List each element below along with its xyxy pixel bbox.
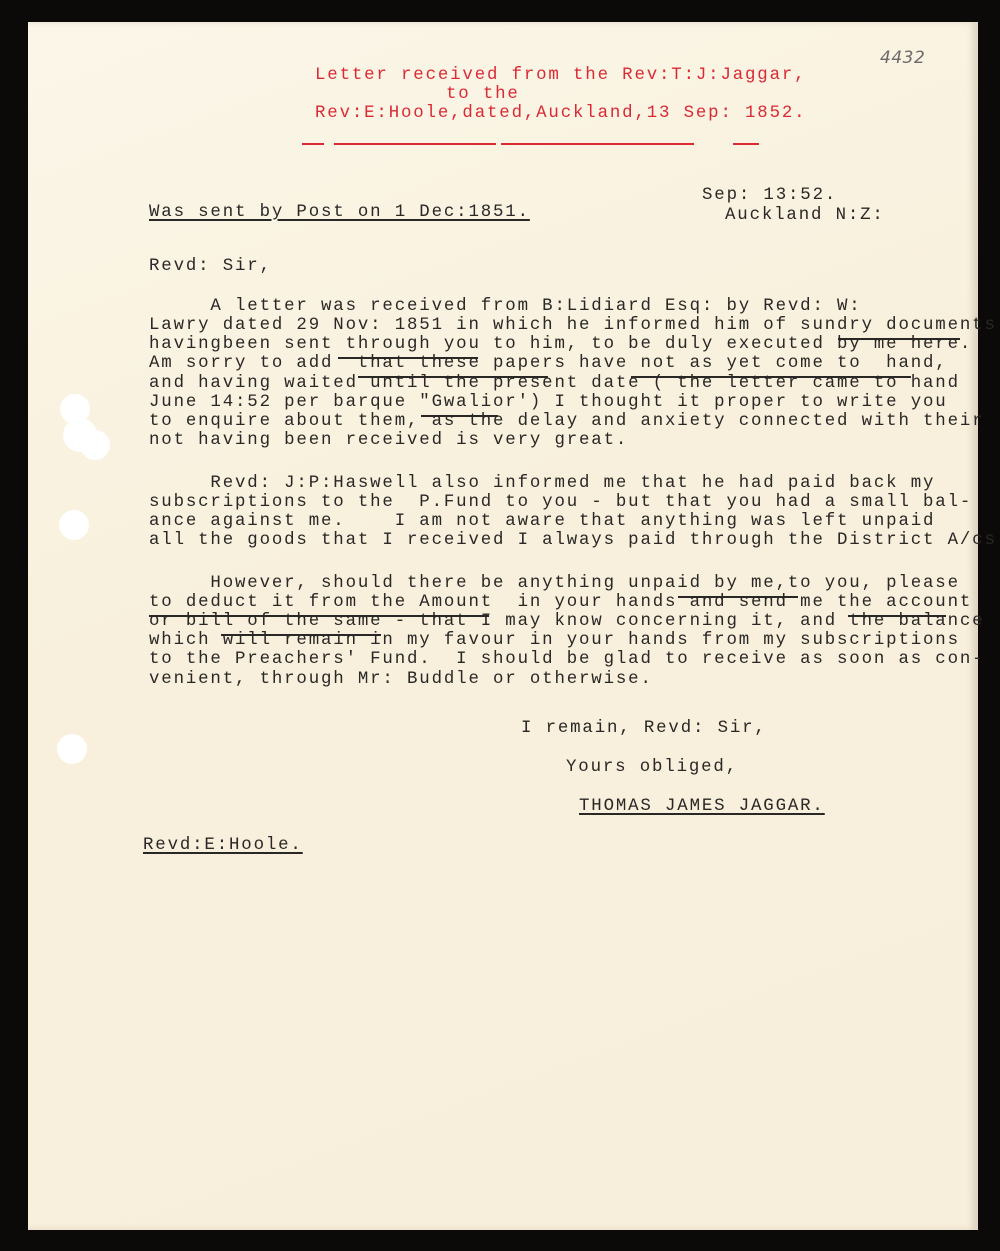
underline-documents (838, 338, 960, 340)
letter-place: Auckland N:Z: (725, 206, 885, 225)
underline-deduct (149, 615, 489, 617)
paragraph-line: venient, through Mr: Buddle or otherwise… (149, 670, 653, 689)
letter-page: 4432 Letter received from the Rev:T:J:Ja… (28, 22, 978, 1230)
header-rule-3 (501, 143, 694, 145)
punch-hole (59, 510, 89, 540)
paragraph-line: all the goods that I received I always p… (149, 531, 1000, 550)
header-rule-4 (733, 143, 759, 145)
paragraph-line: to the Preachers' Fund. I should be glad… (149, 650, 984, 669)
paragraph-line: June 14:52 per barque "Gwalior') I thoug… (149, 393, 948, 412)
underline-unpaid (678, 596, 798, 598)
paragraph-line: Am sorry to add that these papers have n… (149, 354, 948, 373)
salutation: Revd: Sir, (149, 257, 272, 276)
archive-number: 4432 (880, 48, 925, 68)
underline-same (221, 634, 381, 636)
letter-date: Sep: 13:52. (702, 186, 837, 205)
closing-line-1: I remain, Revd: Sir, (521, 719, 767, 738)
paragraph-line: ance against me. I am not aware that any… (149, 512, 935, 531)
sent-note: Was sent by Post on 1 Dec:1851. (149, 203, 530, 222)
closing-line-2: Yours obliged, (566, 758, 738, 777)
addressee: Revd:E:Hoole. (143, 836, 303, 855)
underline-gwalior (421, 415, 498, 417)
signature: THOMAS JAMES JAGGAR. (579, 797, 825, 816)
header-line-1: Letter received from the Rev:T:J:Jaggar, (315, 66, 806, 85)
header-line-3: Rev:E:Hoole,dated,Auckland,13 Sep: 1852. (315, 104, 806, 123)
paragraph-line: subscriptions to the P.Fund to you - but… (149, 493, 972, 512)
underline-through-you (338, 357, 478, 359)
underline-account (848, 615, 946, 617)
paragraph-line: Revd: J:P:Haswell also informed me that … (149, 474, 935, 493)
header-rule-1 (302, 143, 324, 145)
punch-hole (57, 734, 87, 764)
header-line-2: to the (446, 85, 520, 104)
paragraph-line: A letter was received from B:Lidiard Esq… (149, 297, 862, 316)
header-rule-2 (334, 143, 496, 145)
paragraph-line: However, should there be anything unpaid… (149, 574, 960, 593)
underline-these-papers (358, 376, 548, 378)
punch-hole (80, 430, 110, 460)
paragraph-line: to deduct it from the Amount in your han… (149, 593, 972, 612)
underline-not-as-yet (631, 376, 911, 378)
paragraph-line: Lawry dated 29 Nov: 1851 in which he inf… (149, 316, 997, 335)
paragraph-line: not having been received is very great. (149, 431, 628, 450)
paragraph-line: to enquire about them, as the delay and … (149, 412, 984, 431)
